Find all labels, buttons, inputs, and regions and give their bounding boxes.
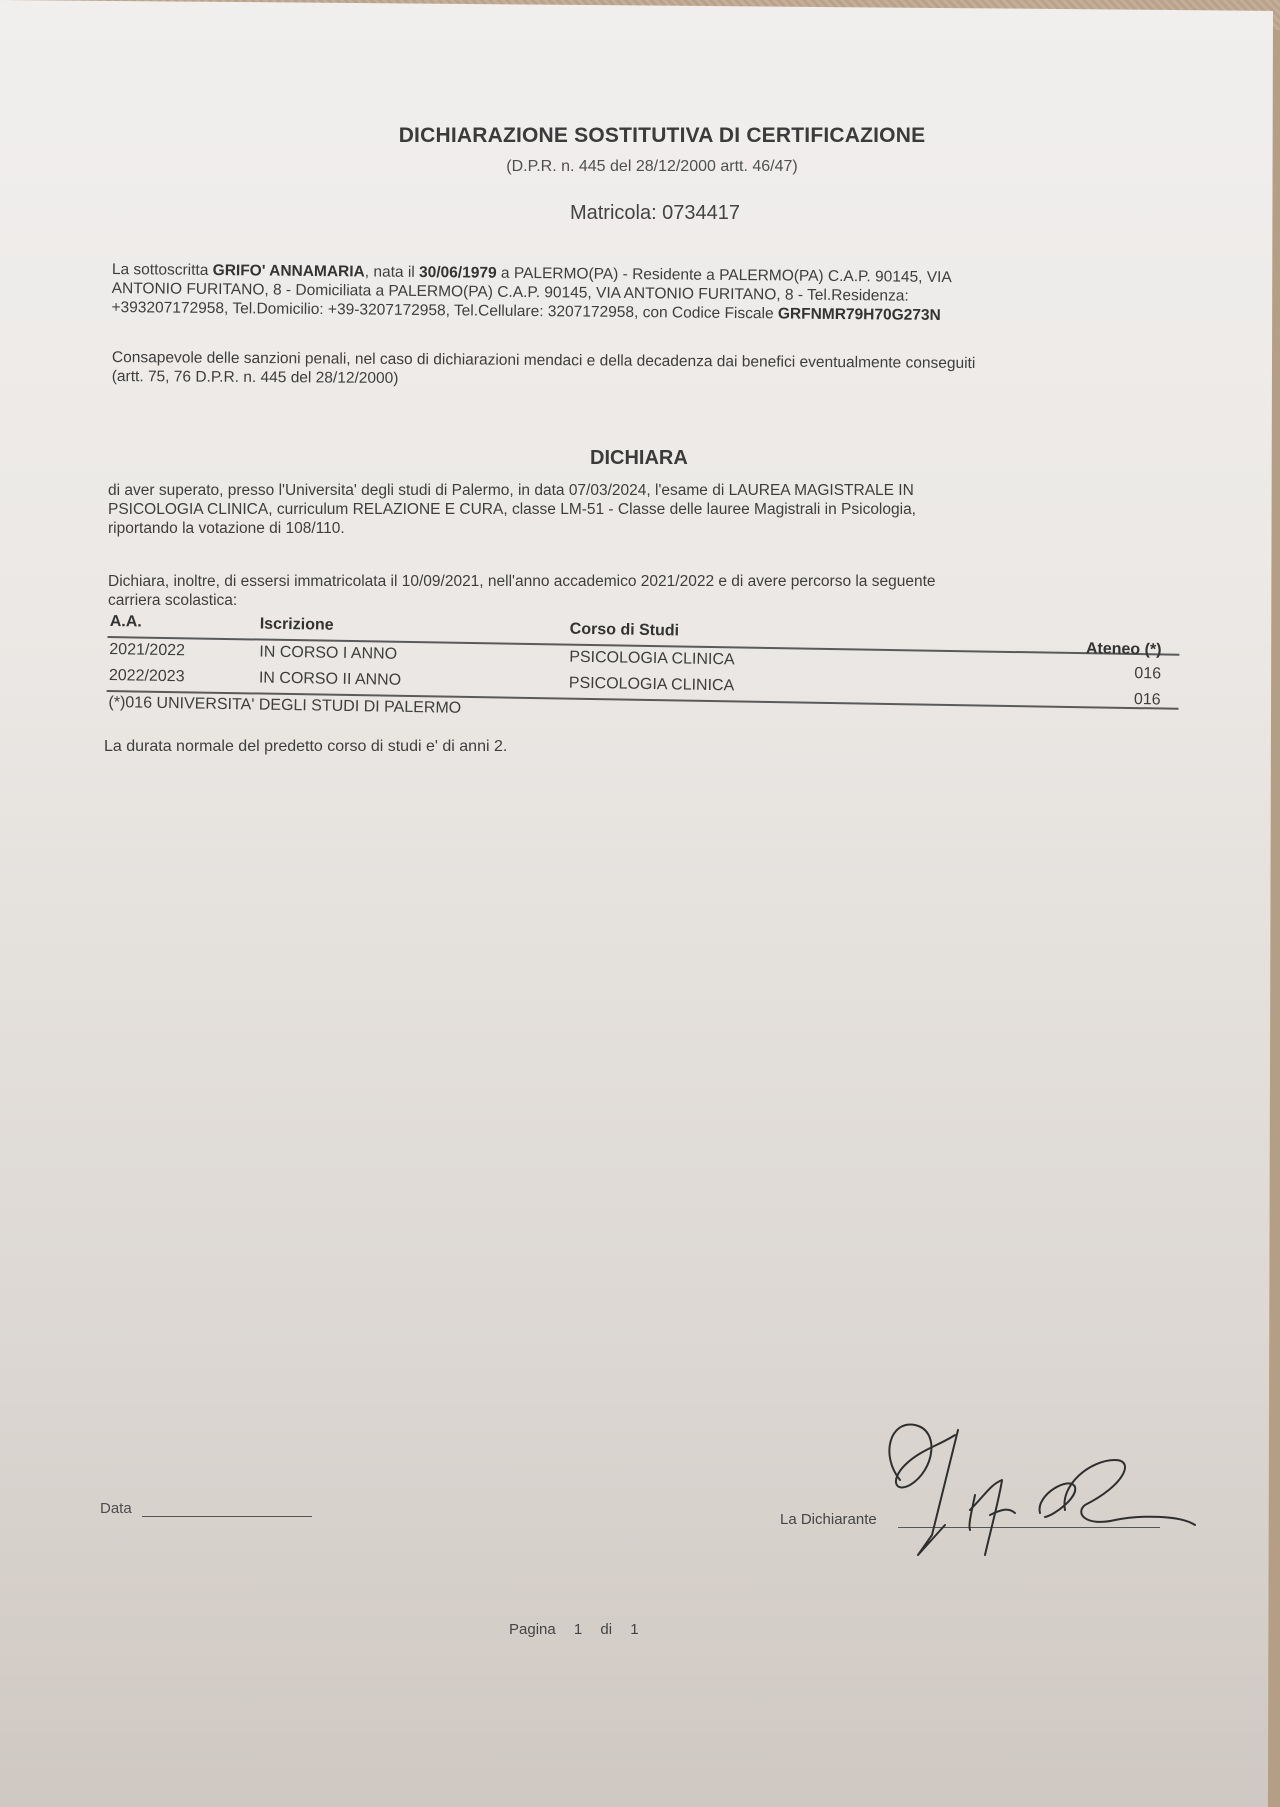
matricola: Matricola: 0734417: [15, 202, 1280, 225]
cell-aa: 2021/2022: [109, 641, 185, 660]
intro-paragraph: La sottoscritta GRIFO' ANNAMARIA, nata i…: [111, 260, 1211, 328]
career-table: A.A. Iscrizione Corso di Studi Ateneo (*…: [106, 610, 1180, 732]
document-title: DICHIARAZIONE SOSTITUTIVA DI CERTIFICAZI…: [22, 124, 1280, 148]
durata-text: La durata normale del predetto corso di …: [104, 738, 507, 756]
cell-aa: 2022/2023: [109, 667, 185, 686]
header-corso: Corso di Studi: [570, 621, 680, 641]
consapevole-paragraph: Consapevole delle sanzioni penali, nel c…: [112, 348, 976, 392]
dichiara-line-1: di aver superato, presso l'Universita' d…: [108, 481, 916, 500]
date-label: Data: [100, 1500, 132, 1517]
cell-corso: PSICOLOGIA CLINICA: [569, 649, 735, 670]
codice-fiscale: GRFNMR79H70G273N: [778, 305, 941, 324]
cell-corso: PSICOLOGIA CLINICA: [569, 675, 735, 696]
document-page: DICHIARAZIONE SOSTITUTIVA DI CERTIFICAZI…: [0, 0, 1273, 1807]
inoltre-line-2: carriera scolastica:: [108, 591, 936, 610]
signature-icon: [860, 1415, 1220, 1565]
dichiara-line-3: riportando la votazione di 108/110.: [108, 519, 916, 538]
header-iscrizione: Iscrizione: [260, 616, 334, 635]
intro-phones: +393207172958, Tel.Domicilio: +39-320717…: [111, 299, 778, 322]
dichiara-paragraph: di aver superato, presso l'Universita' d…: [108, 481, 916, 538]
date-field-line[interactable]: [142, 1516, 312, 1517]
dichiara-line-2: PSICOLOGIA CLINICA, curriculum RELAZIONE…: [108, 500, 916, 519]
cell-ateneo: 016: [1134, 691, 1161, 709]
declarant-name: GRIFO' ANNAMARIA: [213, 262, 365, 280]
intro-prefix: La sottoscritta: [112, 261, 213, 279]
footnote-text: (*)016 UNIVERSITA' DEGLI STUDI DI PALERM…: [108, 694, 461, 718]
cell-iscrizione: IN CORSO I ANNO: [259, 644, 397, 664]
birth-date: 30/06/1979: [419, 264, 497, 282]
intro-born-text: , nata il: [365, 263, 419, 281]
header-aa: A.A.: [110, 613, 142, 632]
inoltre-paragraph: Dichiara, inoltre, di essersi immatricol…: [108, 572, 936, 610]
page-number: Pagina 1 di 1: [509, 1621, 639, 1638]
inoltre-line-1: Dichiara, inoltre, di essersi immatricol…: [108, 572, 936, 591]
dichiara-heading: DICHIARA: [590, 447, 688, 470]
cell-iscrizione: IN CORSO II ANNO: [259, 670, 402, 690]
document-subtitle: (D.P.R. n. 445 del 28/12/2000 artt. 46/4…: [12, 158, 1280, 176]
